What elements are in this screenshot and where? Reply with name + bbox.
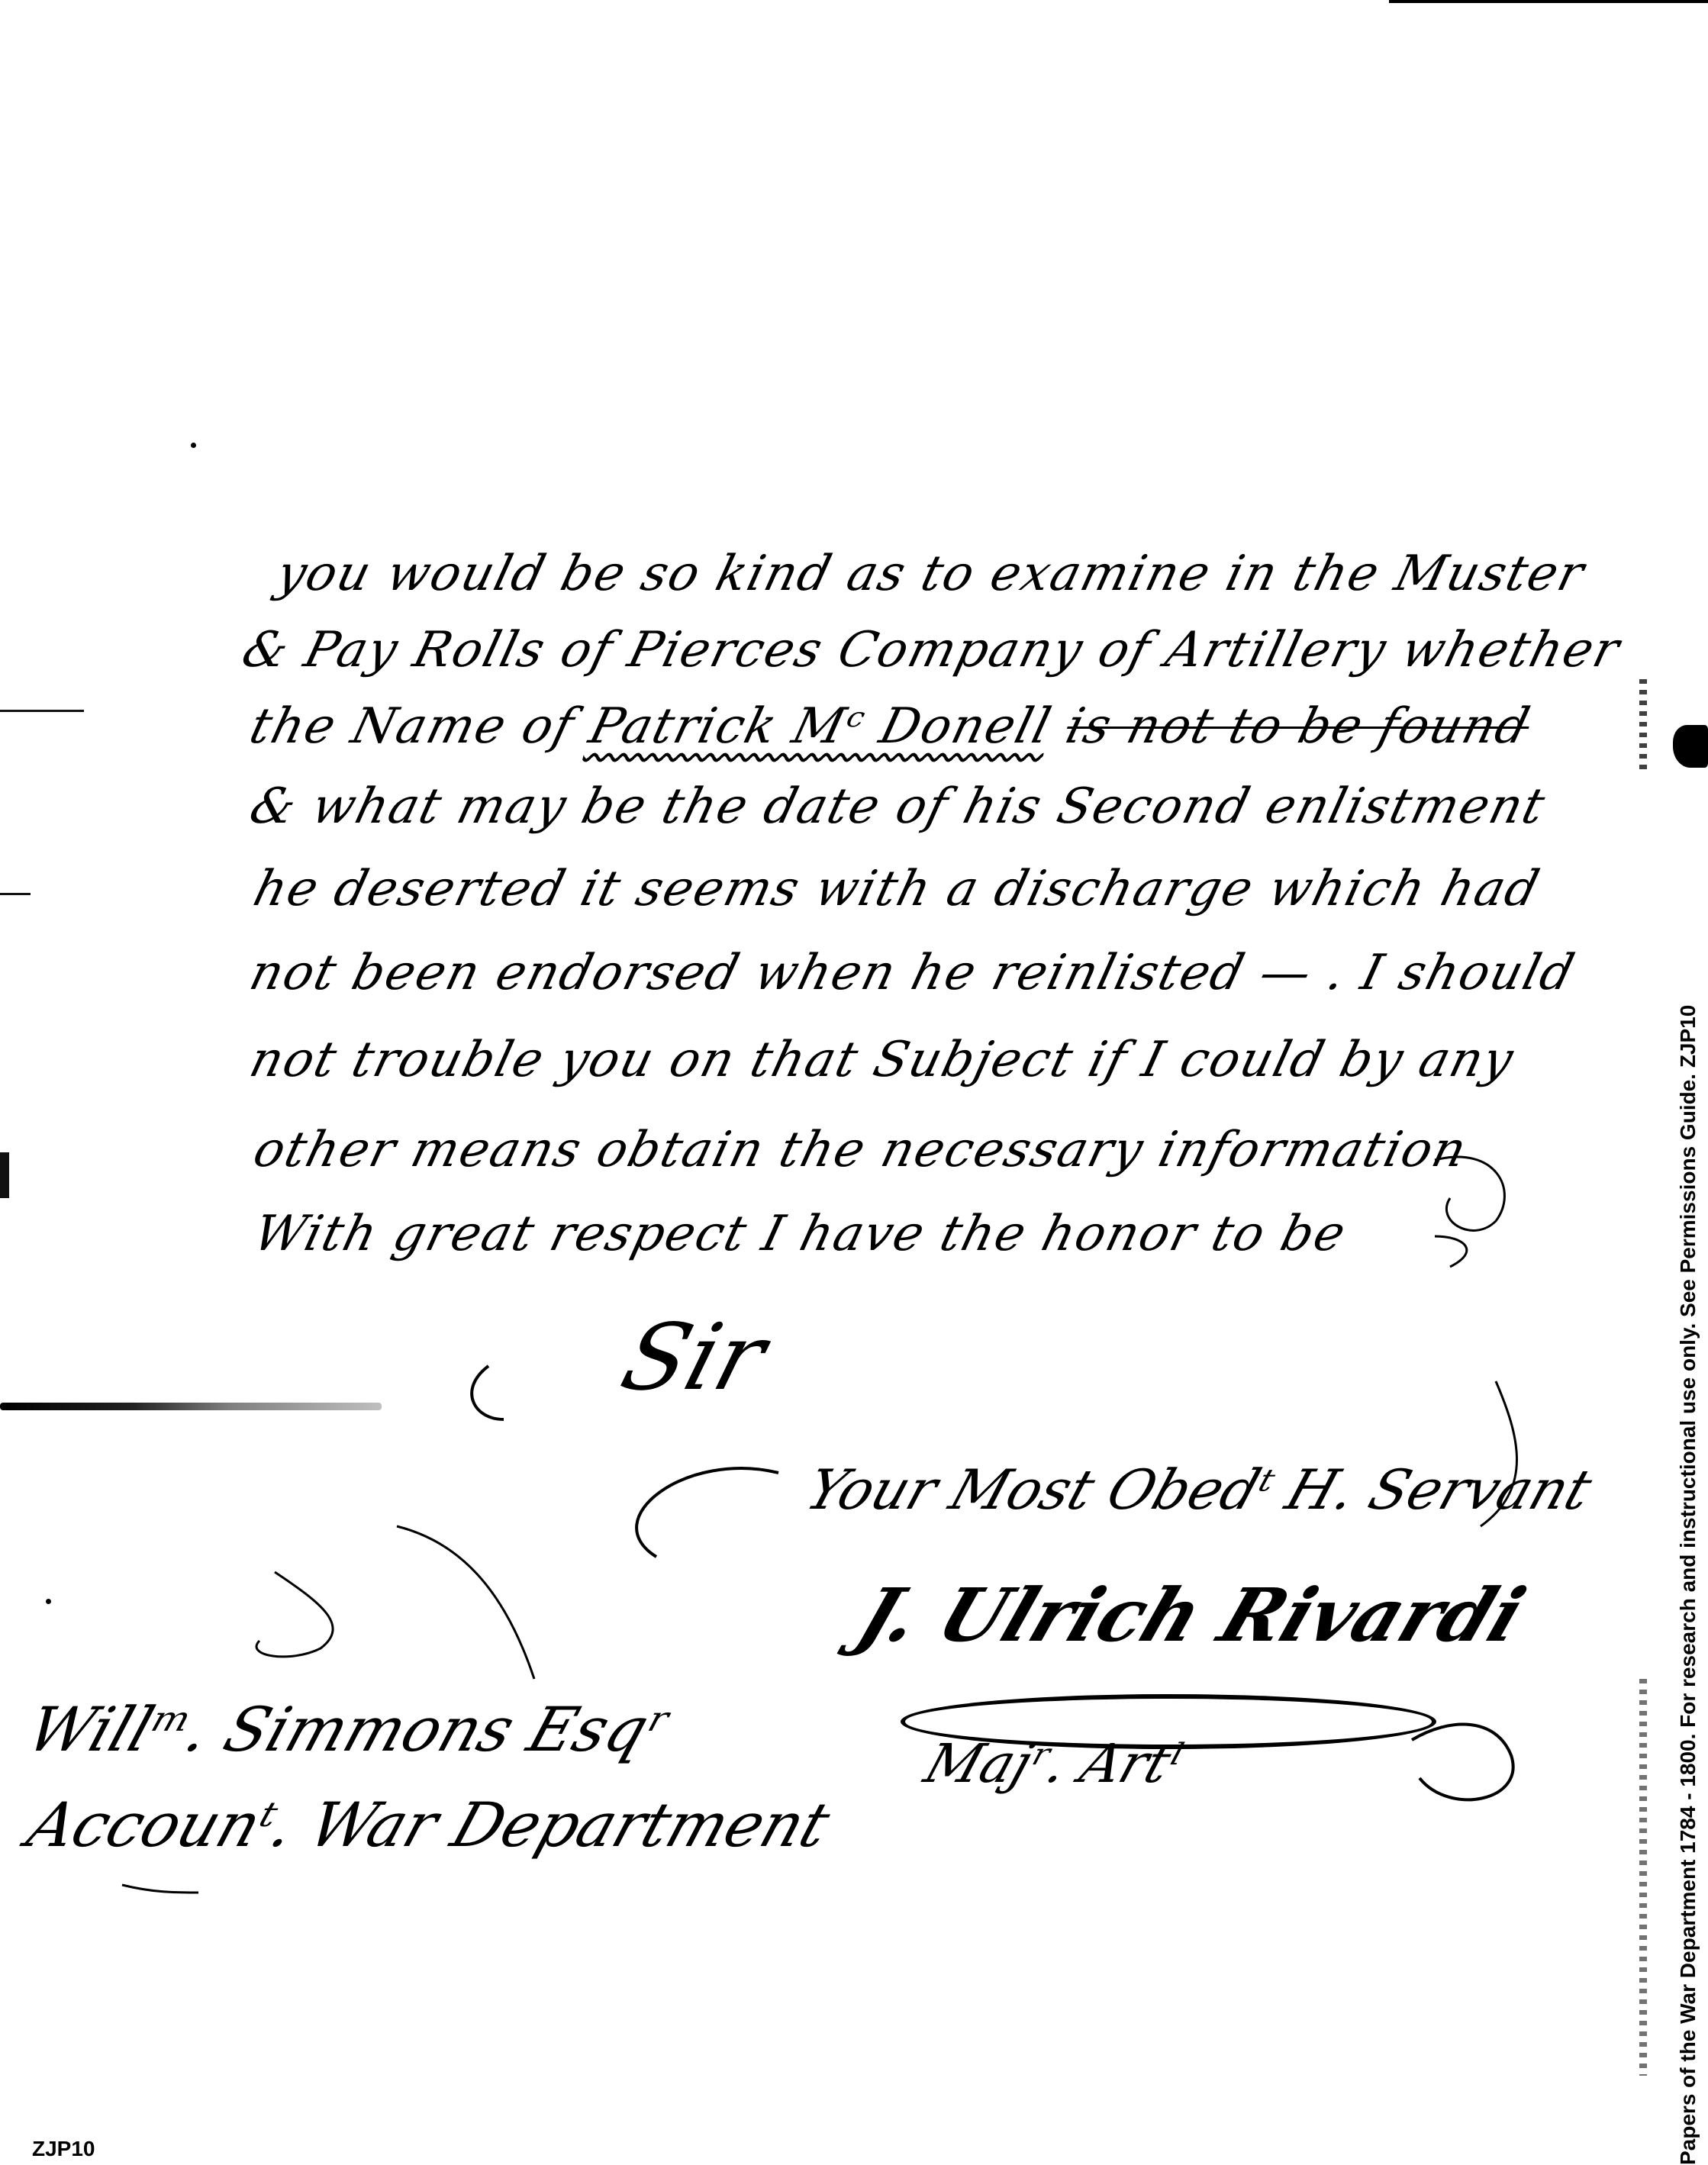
scanned-letter-page: you would be so kind as to examine in th… (0, 0, 1708, 2165)
signature-rank: Majʳ. Artˡ (917, 1732, 1192, 1795)
line-3-prefix: the Name of (244, 698, 581, 755)
letter-line-7: not trouble you on that Subject if I cou… (244, 1032, 1520, 1088)
scan-edge-line (1389, 0, 1708, 3)
letter-line-1: you would be so kind as to examine in th… (271, 546, 1590, 602)
signature: J. Ulrich Rivardi (846, 1572, 1536, 1658)
letter-line-2: & Pay Rolls of Pierces Company of Artill… (237, 622, 1626, 678)
scan-right-edge (1639, 679, 1647, 771)
scan-smudge (0, 1403, 382, 1410)
line-3-suffix: is not to be found (1061, 698, 1536, 755)
letter-line-6: not been endorsed when he reinlisted — .… (244, 945, 1581, 1001)
ink-blot (1673, 725, 1708, 768)
letter-line-3: the Name of Patrick Mᶜ Donell is not to … (244, 698, 1536, 755)
ink-speck (46, 1599, 51, 1604)
letter-line-8: other means obtain the necessary informa… (248, 1122, 1473, 1178)
scan-margin-mark (0, 1152, 9, 1198)
letter-line-9: With great respect I have the honor to b… (248, 1206, 1352, 1262)
document-id-label: ZJP10 (32, 2137, 95, 2161)
letter-line-5: he deserted it seems with a discharge wh… (248, 861, 1545, 917)
soldier-name-underlined: Patrick Mᶜ Donell (584, 698, 1058, 755)
scan-margin-mark (0, 893, 31, 895)
recipient-title: Accounᵗ. War Department (19, 1790, 839, 1861)
closing-line: Your Most Obedᵗ H. Servant (798, 1458, 1600, 1522)
salutation-sir: Sir (611, 1305, 777, 1411)
letter-line-4: & what may be the date of his Second enl… (244, 778, 1552, 835)
ink-speck (191, 443, 196, 448)
scan-right-edge (1639, 1679, 1647, 2076)
scan-margin-mark (0, 710, 84, 712)
recipient-name: Willᵐ. Simmons Esqʳ (19, 1694, 678, 1765)
copyright-notice-vertical: Papers of the War Department 1784 - 1800… (1673, 913, 1703, 2165)
